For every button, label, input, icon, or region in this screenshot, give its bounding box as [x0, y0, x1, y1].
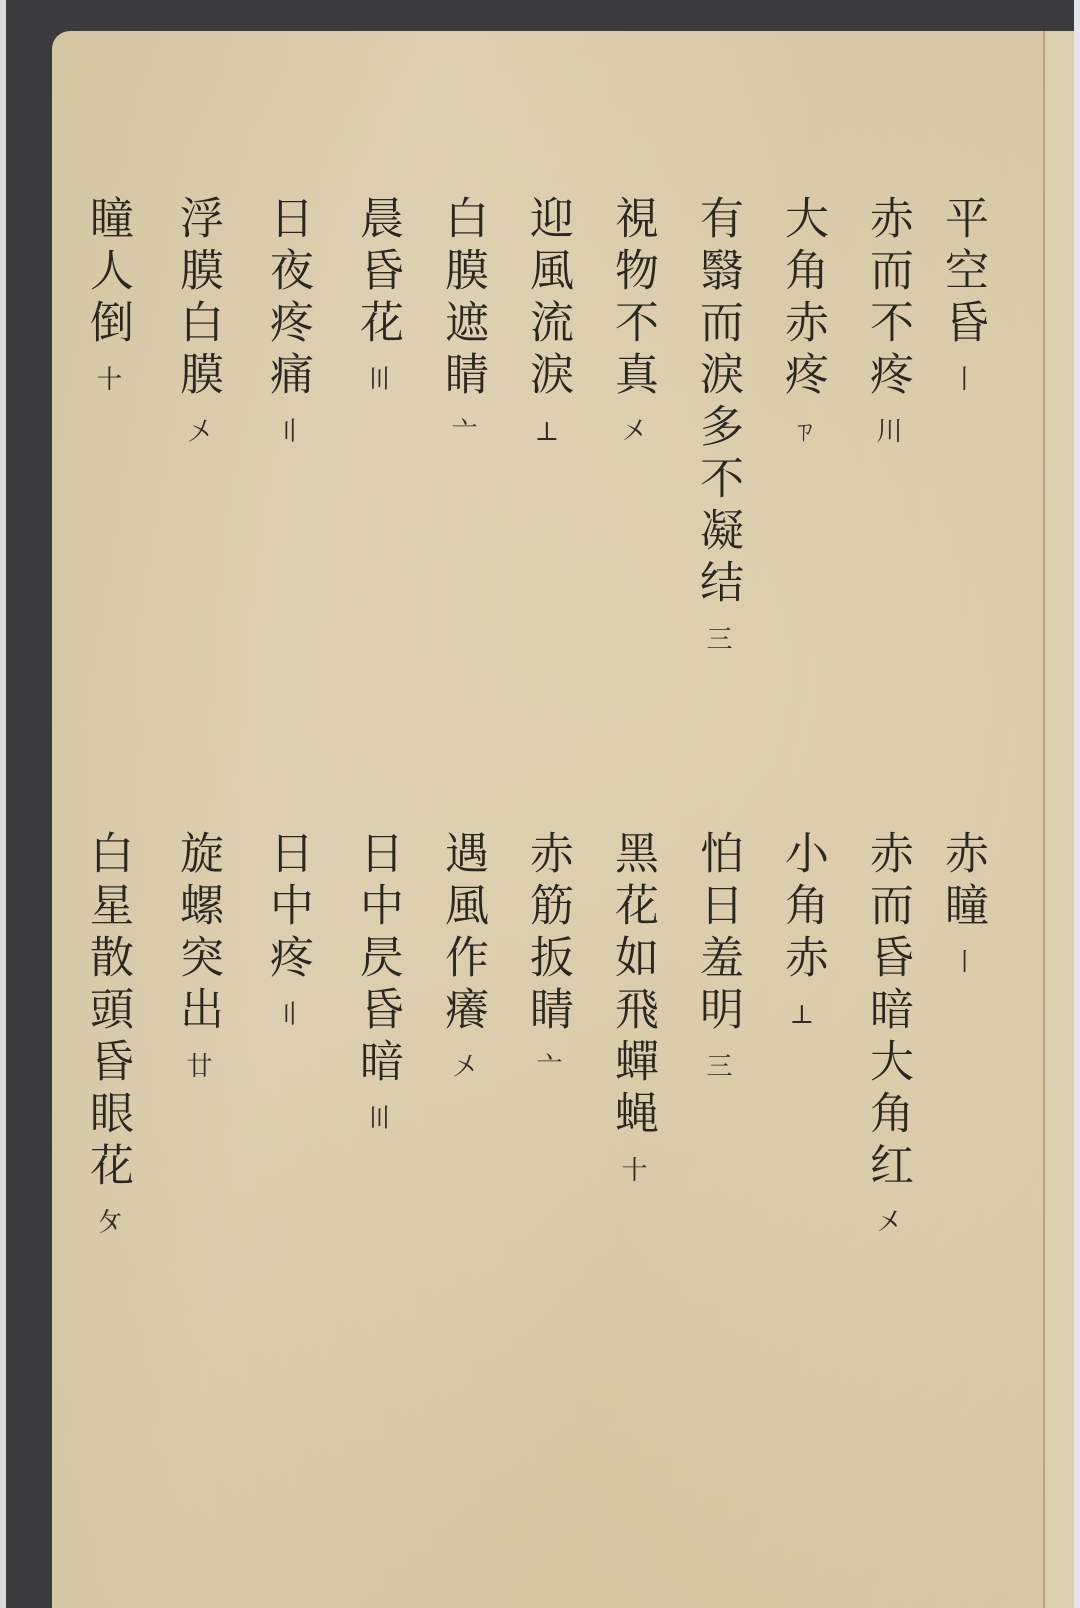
- column-text: 旋螺突出: [172, 830, 223, 1038]
- numeral-mark: 亠: [534, 1052, 560, 1078]
- column-text: 晨昏花: [352, 195, 403, 351]
- text-column: 怕日羞明三: [695, 830, 739, 1078]
- numeral-mark: 〸: [94, 365, 120, 391]
- numeral-mark: 三: [704, 625, 730, 651]
- column-text: 大角赤疼: [777, 195, 828, 403]
- numeral-mark: 亠: [449, 417, 475, 443]
- column-text: 怕日羞明: [692, 830, 743, 1038]
- numeral-mark: 〢: [274, 1000, 300, 1026]
- page-fold-edge: [1045, 31, 1074, 1608]
- text-column: 日中昃昏暗〣: [355, 830, 399, 1130]
- numeral-mark: 㐅: [619, 417, 645, 443]
- numeral-mark: 十: [619, 1156, 645, 1182]
- numeral-mark: 〣: [364, 1104, 390, 1130]
- numeral-mark: ⊥: [789, 1000, 815, 1030]
- column-text: 黑花如飛蟬蝇: [607, 830, 658, 1142]
- text-column: 白膜遮睛亠: [440, 195, 484, 443]
- column-text: 赤而不疼: [862, 195, 913, 403]
- column-text: 日中昃昏暗: [352, 830, 403, 1090]
- numeral-mark: 〣: [364, 365, 390, 391]
- text-column: 日夜疼痛〢: [265, 195, 309, 443]
- text-column: 日中疼〢: [265, 830, 309, 1026]
- numeral-mark: 㐅: [874, 1208, 900, 1234]
- column-text: 赤瞳: [937, 830, 988, 934]
- column-text: 瞳人倒: [82, 195, 133, 351]
- column-text: 小角赤: [777, 830, 828, 986]
- column-text: 平空昏: [937, 195, 988, 351]
- text-column: 平空昏丨: [940, 195, 984, 391]
- column-text: 日夜疼痛: [262, 195, 313, 403]
- scan-right-edge: [1074, 0, 1080, 1608]
- column-text: 白星散頭昏眼花: [82, 830, 133, 1194]
- column-text: 視物不真: [607, 195, 658, 403]
- column-text: 赤而昏暗大角红: [862, 830, 913, 1194]
- numeral-mark: 〤: [449, 1052, 475, 1078]
- text-column: 瞳人倒〸: [85, 195, 129, 391]
- numeral-mark: 〩: [94, 1208, 120, 1234]
- column-text: 赤筋扳睛: [522, 830, 573, 1038]
- text-column: 赤而昏暗大角红㐅: [865, 830, 909, 1234]
- text-column: 小角赤⊥: [780, 830, 824, 1030]
- text-column: 浮膜白膜〤: [175, 195, 219, 443]
- numeral-mark: 川: [874, 417, 900, 443]
- text-column: 白星散頭昏眼花〩: [85, 830, 129, 1234]
- column-text: 遇風作癢: [437, 830, 488, 1038]
- numeral-mark: 〢: [274, 417, 300, 443]
- numeral-mark: 廿: [184, 1052, 210, 1078]
- text-column: 遇風作癢〤: [440, 830, 484, 1078]
- numeral-mark: 〡: [949, 948, 975, 974]
- numeral-mark: 〤: [184, 417, 210, 443]
- numeral-mark: ⊥: [534, 417, 560, 447]
- column-text: 有翳而淚多不凝结: [692, 195, 743, 611]
- numeral-mark: 丨: [949, 365, 975, 391]
- numeral-mark: 三: [704, 1052, 730, 1078]
- text-column: 迎風流淚⊥: [525, 195, 569, 447]
- text-column: 視物不真㐅: [610, 195, 654, 443]
- text-column: 赤而不疼川: [865, 195, 909, 443]
- column-text: 白膜遮睛: [437, 195, 488, 403]
- column-text: 浮膜白膜: [172, 195, 223, 403]
- text-column: 赤瞳〡: [940, 830, 984, 974]
- numeral-mark: ㄗ: [789, 417, 815, 443]
- text-column: 有翳而淚多不凝结三: [695, 195, 739, 651]
- text-column: 赤筋扳睛亠: [525, 830, 569, 1078]
- text-column: 大角赤疼ㄗ: [780, 195, 824, 443]
- text-column: 旋螺突出廿: [175, 830, 219, 1078]
- text-column: 黑花如飛蟬蝇十: [610, 830, 654, 1182]
- column-text: 迎風流淚: [522, 195, 573, 403]
- column-text: 日中疼: [262, 830, 313, 986]
- text-column: 晨昏花〣: [355, 195, 399, 391]
